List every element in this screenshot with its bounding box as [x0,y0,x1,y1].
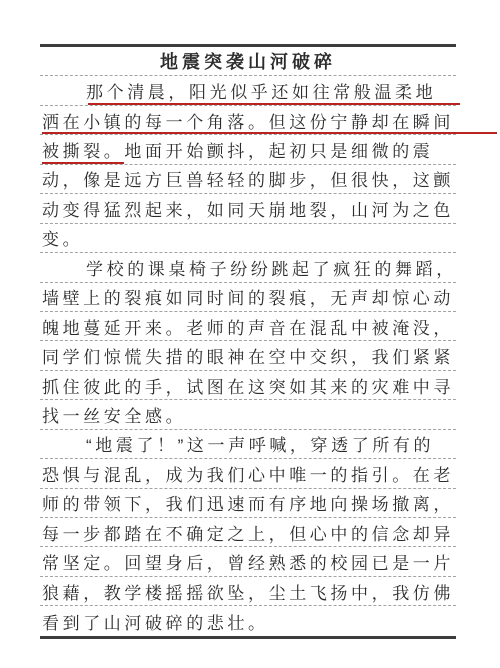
line-text: 学校的课桌椅子纷纷跳起了疯狂的舞蹈， [86,255,457,280]
line-text: 变。 [42,225,83,250]
line-text: 每一步都踏在不确定之上，但心中的信念却异 [42,520,454,545]
essay-line: “地震了！”这一声呼喊，穿透了所有的 [40,430,456,459]
essay-line: 每一步都踏在不确定之上，但心中的信念却异 [40,518,456,547]
essay-line: 常坚定。回望身后，曾经熟悉的校园已是一片 [40,547,456,576]
line-text: 恐惧与混乱，成为我们心中唯一的指引。在老 [42,461,454,486]
line-text: 洒在小镇的每一个角落。但这份宁静却在瞬间 [42,108,454,133]
essay-line: 变。 [40,224,456,253]
essay-line: 墙壁上的裂痕如同时间的裂痕，无声却惊心动 [40,283,456,312]
line-text: 常坚定。回望身后，曾经熟悉的校园已是一片 [42,549,454,574]
essay-title: 地震突袭山河破碎 [160,48,336,74]
line-text: 找一丝安全感。 [42,402,186,427]
red-underline [42,132,497,134]
line-text: 同学们惊慌失措的眼神在空中交织，我们紧紧 [42,343,454,368]
essay-page: 地震突袭山河破碎 那个清晨，阳光似乎还如往常般温柔地 洒在小镇的每一个角落。但这… [0,0,500,668]
line-text: “地震了！”这一声呼喊，穿透了所有的 [86,431,434,456]
line-text: 动，像是远方巨兽轻轻的脚步，但很快，这颤 [42,166,454,191]
title-row: 地震突袭山河破碎 [40,47,456,76]
essay-line: 同学们惊慌失措的眼神在空中交织，我们紧紧 [40,341,456,370]
essay-line: 师的带领下，我们迅速而有序地向操场撤离， [40,489,456,518]
essay-line: 动，像是远方巨兽轻轻的脚步，但很快，这颤 [40,165,456,194]
essay-line: 学校的课桌椅子纷纷跳起了疯狂的舞蹈， [40,253,456,282]
red-underline [42,162,124,164]
essay-line: 那个清晨，阳光似乎还如往常般温柔地 [40,76,456,105]
paper-sheet: 地震突袭山河破碎 那个清晨，阳光似乎还如往常般温柔地 洒在小镇的每一个角落。但这… [40,44,456,639]
essay-line: 看到了山河破碎的悲壮。 [40,606,456,635]
essay-line: 抓住彼此的手，试图在这突如其来的灾难中寻 [40,371,456,400]
line-text: 那个清晨，阳光似乎还如往常般温柔地 [86,78,436,103]
line-text: 魄地蔓延开来。老师的声音在混乱中被淹没， [42,314,454,339]
line-text: 看到了山河破碎的悲壮。 [42,609,269,634]
essay-line: 狼藉，教学楼摇摇欲坠，尘土飞扬中，我仿佛 [40,577,456,606]
line-text: 抓住彼此的手，试图在这突如其来的灾难中寻 [42,373,454,398]
essay-line: 动变得猛烈起来，如同天崩地裂，山河为之色 [40,194,456,223]
essay-line: 被撕裂。地面开始颤抖，起初只是细微的震 [40,135,456,164]
essay-line: 恐惧与混乱，成为我们心中唯一的指引。在老 [40,459,456,488]
essay-line: 洒在小镇的每一个角落。但这份宁静却在瞬间 [40,106,456,135]
line-text: 狼藉，教学楼摇摇欲坠，尘土飞扬中，我仿佛 [42,579,454,604]
line-text: 墙壁上的裂痕如同时间的裂痕，无声却惊心动 [42,284,454,309]
red-underline [88,103,460,105]
line-text: 师的带领下，我们迅速而有序地向操场撤离， [42,490,454,515]
essay-line: 找一丝安全感。 [40,400,456,429]
line-text: 动变得猛烈起来，如同天崩地裂，山河为之色 [42,196,454,221]
essay-line: 魄地蔓延开来。老师的声音在混乱中被淹没， [40,312,456,341]
line-text: 被撕裂。地面开始颤抖，起初只是细微的震 [42,137,433,162]
